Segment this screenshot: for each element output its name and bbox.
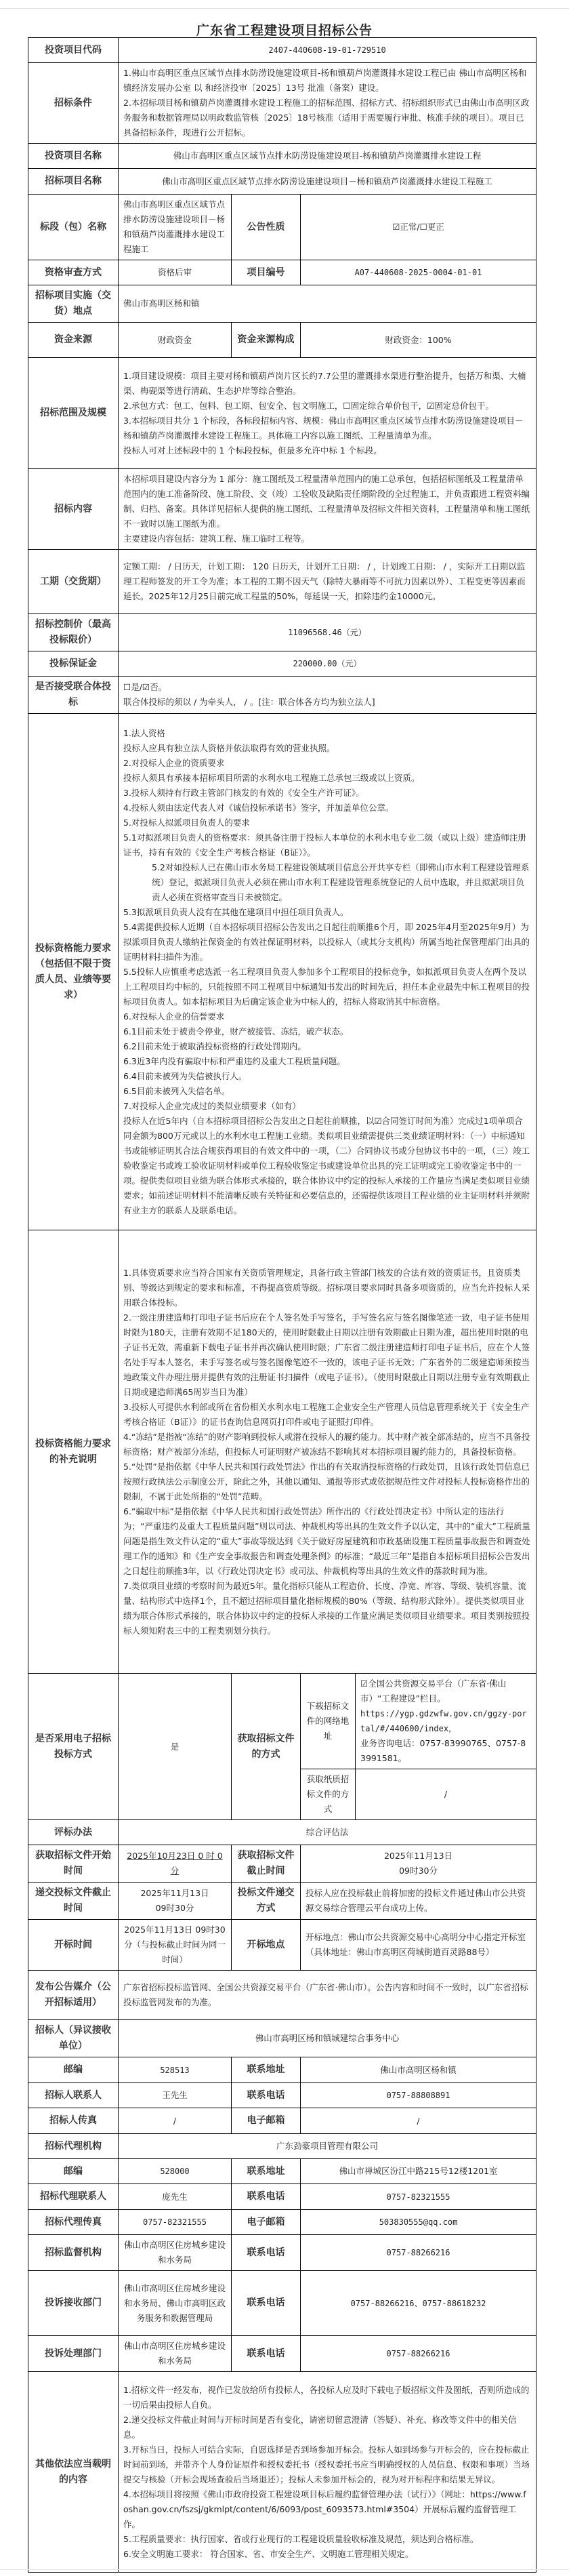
other-line: 4.本招标项目将按照《佛山市政府投资工程建设项目标后履约监督管理办法（试行）》（… xyxy=(123,2487,531,2532)
req-line: 5.5投标人应慎重考虑选派一名工程项目负责人参加多个工程项目的投标竞争，如拟派项… xyxy=(123,965,531,1009)
qualification-value: 资格后审 xyxy=(119,260,232,285)
label: 公告性质 xyxy=(232,195,301,260)
label: 工期（交货期） xyxy=(28,550,119,614)
page-title: 广东省工程建设项目招标公告 xyxy=(0,20,569,39)
req-line: 5.4需提供投标人近期（自本招标项目招标公告发出之日起往前顺推6个月，即 202… xyxy=(123,920,531,965)
label: 资金来源构成 xyxy=(232,323,301,358)
media-value: 广东省招标投标监管网、全国公共资源交易平台（广东省·佛山市）。公告内容和时间不一… xyxy=(119,1971,536,2020)
label: 联系地址 xyxy=(232,2159,301,2184)
invest-code-value: 2407-440608-19-01-729510 xyxy=(119,38,536,63)
req-line: 6.4目前未被列为失信被执行人。 xyxy=(123,1069,531,1084)
label: 招标项目名称 xyxy=(28,169,119,195)
complaint-receive-phone: 0757-88266216、0757-88618232 xyxy=(301,2271,536,2336)
label: 招标项目实施（交货）地点 xyxy=(28,285,119,323)
other-line: 6.安全文明施工要求： 符合国家、省、市安全生产、文明施工管理相关规定。 xyxy=(123,2547,531,2562)
label: 获取招标文件的方式 xyxy=(232,1674,301,1820)
req-line: 5.对投标人拟派项目负责人的要求 xyxy=(123,816,531,830)
agency-email: 503830555@qq.com xyxy=(301,2210,536,2235)
scope-line: 1.项目建设规模：项目主要对杨和镇葫芦岗片区长约7.7公里的灌溉排水渠进行整治提… xyxy=(123,369,531,399)
row-section: 标段（包）名称 佛山市高明区重点区域节点排水防涝设施建设项目－杨和镇葫芦岗灌溉排… xyxy=(28,195,536,260)
agency-contact-person: 庞先生 xyxy=(119,2184,232,2210)
complaint-receive-value: 佛山市高明区住房城乡建设和水务局、佛山市高明区政务服务和数据管理局 xyxy=(119,2271,232,2336)
content-value: 本招标项目建设内容分为 1 部分：施工图纸及工程量清单范围内的施工总承包，包括招… xyxy=(119,469,536,550)
supp-line: 1.具体资质要求应当符合国家有关资质管理规定，具备行政主管部门核发的合法有效的资… xyxy=(123,1266,531,1310)
label: 联系电话 xyxy=(232,2083,301,2108)
tenderer-address: 佛山市高明区杨和镇 xyxy=(301,2057,536,2083)
scope-line: 投标人可对上述标段中的 1 个标段投标，但最多允许中标 1 个标段。 xyxy=(123,443,531,458)
other-line: 3.开标当日，投标人可结合实际，自愿选择是否到场参加开标会。投标人如到场参与开标… xyxy=(123,2442,531,2487)
tenderer-fax-value: / xyxy=(119,2108,232,2134)
row-opening: 开标时间 2025年11月13日 09时30分（与投标截止时间为同一时间） 开标… xyxy=(28,1920,536,1971)
label: 投标保证金 xyxy=(28,651,119,677)
req-line: 2.对投标人企业的资质要求 xyxy=(123,756,531,771)
notice-nature-checkbox: ☑正常/☐更正 xyxy=(301,195,536,260)
row-agency-post: 邮编 528000 联系地址 佛山市禅城区汾江中路215号12楼1201室 xyxy=(28,2159,536,2184)
label: 电子邮箱 xyxy=(232,2108,301,2134)
retrieval-end-value: 2025年11月13日 09时30分 xyxy=(301,1845,536,1883)
label: 其他依法应当载明的内容 xyxy=(28,2372,119,2573)
project-code-value: A07-440608-2025-0004-01-01 xyxy=(301,260,536,285)
label: 投资项目代码 xyxy=(28,38,119,63)
conditions-value: 1.佛山市高明区重点区域节点排水防涝设施建设项目-杨和镇葫芦岗灌溉排水建设工程已… xyxy=(119,63,536,144)
label: 投资项目名称 xyxy=(28,144,119,169)
agency-address: 佛山市禅城区汾江中路215号12楼1201室 xyxy=(301,2159,536,2184)
tenderer-contact-person: 王先生 xyxy=(119,2083,232,2108)
scope-line: 3.本招标项目共分 1 个标段，各标段招标内容、规模：佛山市高明区重点区域节点排… xyxy=(123,414,531,443)
label: 邮编 xyxy=(28,2159,119,2184)
row-qualification: 资格审查方式 资格后审 项目编号 A07-440608-2025-0004-01… xyxy=(28,260,536,285)
req-line: 3.投标人须持有行政主管部门核发的有效的《安全生产许可证》。 xyxy=(123,786,531,801)
consortium-note: 联合体投标的须以 / 为牵头人， / 。[注：联合体各方均为独立法人] xyxy=(123,695,531,710)
label: 联系电话 xyxy=(232,2336,301,2372)
retrieval-start-value: 2025年10月23日 0 时 0 分 xyxy=(119,1845,232,1883)
condition-1: 1.佛山市高明区重点区域节点排水防涝设施建设项目-杨和镇葫芦岗灌溉排水建设工程已… xyxy=(123,66,531,96)
label: 是否采用电子招标投标方式 xyxy=(28,1674,119,1820)
label: 招标内容 xyxy=(28,469,119,550)
row-supervision: 招标监督机构 佛山市高明区住房城乡建设和水务局 联系电话 0757-882662… xyxy=(28,2235,536,2271)
row-location: 招标项目实施（交货）地点 佛山市高明区杨和镇 xyxy=(28,285,536,323)
row-scope: 招标范围及规模 1.项目建设规模：项目主要对杨和镇葫芦岗片区长约7.7公里的灌溉… xyxy=(28,358,536,469)
label: 招标代理联系人 xyxy=(28,2184,119,2210)
electronic-value: 是 xyxy=(119,1674,232,1820)
content-line: 本招标项目建设内容分为 1 部分：施工图纸及工程量清单范围内的施工总承包，包括招… xyxy=(123,472,531,531)
label: 招标代理机构 xyxy=(28,2134,119,2159)
top-divider xyxy=(0,8,569,9)
label: 联系电话 xyxy=(232,2235,301,2271)
row-requirements: 投标资格能力要求（包括但不限于资质人员、业绩等要求） 1.法人资格 投标人应具有… xyxy=(28,714,536,1230)
tenderer-value: 佛山市高明区杨和镇城建综合事务中心 xyxy=(119,2020,536,2057)
row-deposit: 投标保证金 220000.00（元） xyxy=(28,651,536,677)
label: 招标人联系人 xyxy=(28,2083,119,2108)
label: 标段（包）名称 xyxy=(28,195,119,260)
label: 电子邮箱 xyxy=(232,2210,301,2235)
label: 联系电话 xyxy=(232,2271,301,2336)
req-line: 5.1对拟派项目负责人的资格要求：须具备注册于投标人本单位的水利水电专业二级（或… xyxy=(123,830,531,860)
other-line: 2.递交投标文件截止时间与开标时间是否有变化，请密切留意澄清（答疑）、补充、修改… xyxy=(123,2413,531,2442)
other-line: 1.招标文件一经发布，视作已发放给所有投标人，各投标人应及时下载电子版招标文件及… xyxy=(123,2383,531,2413)
download-url-link[interactable]: https://ygp.gdzwfw.gov.cn/ggzy-portal/#/… xyxy=(360,1706,531,1736)
label: 获取招标文件开始时间 xyxy=(28,1845,119,1883)
submission-deadline-value: 2025年11月13日 09时30分 xyxy=(119,1883,232,1920)
deposit-value: 220000.00（元） xyxy=(119,651,536,677)
label: 招标监督机构 xyxy=(28,2235,119,2271)
supp-line: 6.“骗取中标”是指依据《中华人民共和国行政处罚法》所作出的《行政处罚决定书》中… xyxy=(123,1504,531,1579)
row-period: 工期（交货期） 定额工期： / 日历天，计划工期： 120 日历天，计划开工日期… xyxy=(28,550,536,614)
row-media: 发布公告媒介（公开招标适用） 广东省招标投标监管网、全国公共资源交易平台（广东省… xyxy=(28,1971,536,2020)
label: 评标办法 xyxy=(28,1820,119,1845)
row-tenderer-post: 邮编 528513 联系地址 佛山市高明区杨和镇 xyxy=(28,2057,536,2083)
row-funding: 资金来源 财政资金 资金来源构成 财政资金：100% xyxy=(28,323,536,358)
row-price: 招标控制价（最高投标限价） 11096568.46（元） xyxy=(28,614,536,651)
label: 获取招标文件截止时间 xyxy=(232,1845,301,1883)
row-invest-code: 投资项目代码 2407-440608-19-01-729510 xyxy=(28,38,536,63)
tender-notice-table: 投资项目代码 2407-440608-19-01-729510 招标条件 1.佛… xyxy=(28,37,536,2573)
label: 投诉接收部门 xyxy=(28,2271,119,2336)
req-line: 投标人应具有独立法人资格并依法取得有效的营业执照。 xyxy=(123,741,531,756)
tenderer-email: / xyxy=(301,2108,536,2134)
label: 邮编 xyxy=(28,2057,119,2083)
row-tenderer-contact: 招标人联系人 王先生 联系电话 0757-88808891 xyxy=(28,2083,536,2108)
supp-line: 3.投标人可提供水利部或所在省份相关水利水电工程施工企业安全生产管理人员信息管理… xyxy=(123,1400,531,1430)
bottom-divider xyxy=(0,2569,569,2570)
label: 投诉处理部门 xyxy=(28,2336,119,2372)
complaint-handle-value: 佛山市高明区住房城乡建设和水务局 xyxy=(119,2336,232,2372)
req-line: 6.1目前未处于被责令停业，财产被接管、冻结，破产状态。 xyxy=(123,1024,531,1039)
label: 发布公告媒介（公开招标适用） xyxy=(28,1971,119,2020)
label: 投标资格能力要求（包括但不限于资质人员、业绩等要求） xyxy=(28,714,119,1230)
label: 是否接受联合体投标 xyxy=(28,677,119,714)
supervision-value: 佛山市高明区住房城乡建设和水务局 xyxy=(119,2235,232,2271)
label: 递交投标文件截止时间 xyxy=(28,1883,119,1920)
tenderer-phone: 0757-88808891 xyxy=(301,2083,536,2108)
paper-method-value: / xyxy=(356,1769,536,1820)
condition-2: 2.本招标项目杨和镇葫芦岗灌溉排水建设工程施工的招标范围、招标方式、招标组织形式… xyxy=(123,96,531,140)
supp-line: 2.一级注册建造师打印电子证书后应在个人签名处手写签名，手写签名应与签名图像笔迹… xyxy=(123,1310,531,1400)
supplement-value: 1.具体资质要求应当符合国家有关资质管理规定，具备行政主管部门核发的合法有效的资… xyxy=(119,1230,536,1674)
label: 招标条件 xyxy=(28,63,119,144)
row-submission: 递交投标文件截止时间 2025年11月13日 09时30分 投标文件递交方式 投… xyxy=(28,1883,536,1920)
label: 招标人传真 xyxy=(28,2108,119,2134)
row-agency-contact: 招标代理联系人 庞先生 联系电话 0757-82321555 xyxy=(28,2184,536,2210)
submission-time: 09时30分 xyxy=(123,1901,226,1916)
row-tenderer: 招标人（异议接收单位） 佛山市高明区杨和镇城建综合事务中心 xyxy=(28,2020,536,2057)
label: 资格审查方式 xyxy=(28,260,119,285)
row-complaint-receive: 投诉接收部门 佛山市高明区住房城乡建设和水务局、佛山市高明区政务服务和数据管理局… xyxy=(28,2271,536,2336)
row-consortium: 是否接受联合体投标 ☐是/☑否。 联合体投标的须以 / 为牵头人， / 。[注：… xyxy=(28,677,536,714)
opening-time-value: 2025年11月13日 09时30分（与投标截止时间为同一时间） xyxy=(119,1920,232,1971)
retrieval-end-time: 09时30分 xyxy=(305,1864,531,1878)
other-line: 5.工程质量要求：执行国家、省或行业现行的工程建设质量验收标准及规范，须达到合格… xyxy=(123,2532,531,2547)
label: 获取纸质招标文件的方式 xyxy=(301,1769,356,1820)
scope-value: 1.项目建设规模：项目主要对杨和镇葫芦岗片区长约7.7公里的灌溉排水渠进行整治提… xyxy=(119,358,536,469)
req-line: 投标人须具有承接本招标项目所需的水利水电工程施工总承包三级或以上资质。 xyxy=(123,771,531,786)
agency-postcode: 528000 xyxy=(119,2159,232,2184)
scope-line: 2.承包方式：包工、包料、包工期、包安全、包文明施工，☐固定综合单价包干，☑固定… xyxy=(123,399,531,414)
label: 投标文件递交方式 xyxy=(232,1883,301,1920)
row-content: 招标内容 本招标项目建设内容分为 1 部分：施工图纸及工程量清单范围内的施工总承… xyxy=(28,469,536,550)
other-value: 1.招标文件一经发布，视作已发放给所有投标人，各投标人应及时下载电子版招标文件及… xyxy=(119,2372,536,2573)
label: 资金来源 xyxy=(28,323,119,358)
agency-fax-value: 0757-82321555 xyxy=(119,2210,232,2235)
req-line: 6.5目前未被列入失信名单。 xyxy=(123,1084,531,1099)
row-invest-name: 投资项目名称 佛山市高明区重点区域节点排水防涝设施建设项目-杨和镇葫芦岗灌溉排水… xyxy=(28,144,536,169)
req-line: 6.3近3年内没有骗取中标和严重违约及重大工程质量问题。 xyxy=(123,1054,531,1069)
row-retrieval: 获取招标文件开始时间 2025年10月23日 0 时 0 分 获取招标文件截止时… xyxy=(28,1845,536,1883)
consortium-value: ☐是/☑否。 联合体投标的须以 / 为牵头人， / 。[注：联合体各方均为独立法… xyxy=(119,677,536,714)
label: 投标资格能力要求的补充说明 xyxy=(28,1230,119,1674)
agency-value: 广东劲豪项目管理有限公司 xyxy=(119,2134,536,2159)
supp-line: 5.“处罚”是指依据《中华人民共和国行政处罚法》作出的有关取消投标资格的行政处罚… xyxy=(123,1460,531,1504)
req-line: 7.对投标人企业完成过的类似业绩要求（如有） xyxy=(123,1099,531,1114)
evaluation-value: 综合评估法 xyxy=(119,1820,536,1845)
req-line: 5.2对如投标人已在佛山市水务局工程建设领域项目信息公开共享专栏（即佛山市水利工… xyxy=(123,860,531,905)
req-line: 1.法人资格 xyxy=(123,726,531,741)
label: 招标范围及规模 xyxy=(28,358,119,469)
row-electronic-download: 是否采用电子招标投标方式 是 获取招标文件的方式 下载招标文件的网络地址 ☑全国… xyxy=(28,1674,536,1769)
tender-name-value: 佛山市高明区重点区域节点排水防涝设施建设项目－杨和镇葫芦岗灌溉排水建设工程施工 xyxy=(119,169,536,195)
location-value: 佛山市高明区杨和镇 xyxy=(119,285,536,323)
row-evaluation: 评标办法 综合评估法 xyxy=(28,1820,536,1845)
agency-phone: 0757-82321555 xyxy=(301,2184,536,2210)
row-agency: 招标代理机构 广东劲豪项目管理有限公司 xyxy=(28,2134,536,2159)
opening-place-value: 开标地点：佛山市公共资源交易中心高明分中心指定开标室（具体地址：佛山市高明区荷城… xyxy=(301,1920,536,1971)
download-address-value: ☑全国公共资源交易平台（广东省·佛山市）“工程建设”栏目。 https://yg… xyxy=(356,1674,536,1769)
content-line: 主要建设内容包括：建筑工程、施工临时工程等。 xyxy=(123,531,531,546)
period-value: 定额工期： / 日历天，计划工期： 120 日历天，计划开工日期： / ，计划竣… xyxy=(119,550,536,614)
row-tenderer-fax: 招标人传真 / 电子邮箱 / xyxy=(28,2108,536,2134)
supp-line: 4.“冻结”是指被“冻结”的财产影响到投标人或潜在投标人的履约能力。其中财产被全… xyxy=(123,1430,531,1460)
label: 开标地点 xyxy=(232,1920,301,1971)
label: 招标人（异议接收单位） xyxy=(28,2020,119,2057)
req-line: 5.3拟派项目负责人没有在其他在建项目中担任项目负责人。 xyxy=(123,905,531,920)
row-other: 其他依法应当载明的内容 1.招标文件一经发布，视作已发放给所有投标人，各投标人应… xyxy=(28,2372,536,2573)
complaint-handle-phone: 0757-88266216 xyxy=(301,2336,536,2372)
section-value: 佛山市高明区重点区域节点排水防涝设施建设项目－杨和镇葫芦岗灌溉排水建设工程施工 xyxy=(119,195,232,260)
req-line: 投标人在近5年内（自本招标项目招标公告发出之日起往前顺推，以☑合同签订时间为准）… xyxy=(123,1114,531,1218)
row-tender-name: 招标项目名称 佛山市高明区重点区域节点排水防涝设施建设项目－杨和镇葫芦岗灌溉排水… xyxy=(28,169,536,195)
retrieval-end-date: 2025年11月13日 xyxy=(305,1849,531,1864)
row-agency-fax: 招标代理传真 0757-82321555 电子邮箱 503830555@qq.c… xyxy=(28,2210,536,2235)
funding-structure-value: 财政资金：100% xyxy=(301,323,536,358)
requirements-value: 1.法人资格 投标人应具有独立法人资格并依法取得有效的营业执照。 2.对投标人企… xyxy=(119,714,536,1230)
download-platform-checkbox: ☑全国公共资源交易平台（广东省·佛山市）“工程建设”栏目。 xyxy=(360,1676,531,1706)
invest-name-value: 佛山市高明区重点区域节点排水防涝设施建设项目-杨和镇葫芦岗灌溉排水建设工程 xyxy=(119,144,536,169)
label: 项目编号 xyxy=(232,260,301,285)
funding-value: 财政资金 xyxy=(119,323,232,358)
label: 开标时间 xyxy=(28,1920,119,1971)
req-line: 4.投标人须由法定代表人对《诚信投标承诺书》签字，并加盖单位公章。 xyxy=(123,801,531,816)
label: 下载招标文件的网络地址 xyxy=(301,1674,356,1769)
label: 联系电话 xyxy=(232,2184,301,2210)
tenderer-postcode: 528513 xyxy=(119,2057,232,2083)
req-line: 6.2目前未处于被取消投标资格的行政处罚期内。 xyxy=(123,1039,531,1054)
submission-method-value: 投标人应在投标截止前将加密的投标文件通过佛山市公共资源交易综合管理云平台成功上传… xyxy=(301,1883,536,1920)
label: 招标代理传真 xyxy=(28,2210,119,2235)
label: 招标控制价（最高投标限价） xyxy=(28,614,119,651)
consortium-checkbox: ☐是/☑否。 xyxy=(123,680,531,695)
label: 联系地址 xyxy=(232,2057,301,2083)
row-supplement: 投标资格能力要求的补充说明 1.具体资质要求应当符合国家有关资质管理规定，具备行… xyxy=(28,1230,536,1674)
submission-date: 2025年11月13日 xyxy=(123,1886,226,1901)
control-price-value: 11096568.46（元） xyxy=(119,614,536,651)
supervision-phone: 0757-88266216 xyxy=(301,2235,536,2271)
consult-phone: 业务咨询电话：0757-83990765、0757-83991581。 xyxy=(360,1736,531,1766)
row-complaint-handle: 投诉处理部门 佛山市高明区住房城乡建设和水务局 联系电话 0757-882662… xyxy=(28,2336,536,2372)
req-line: 6.对投标人企业的信誉要求 xyxy=(123,1009,531,1024)
row-conditions: 招标条件 1.佛山市高明区重点区域节点排水防涝设施建设项目-杨和镇葫芦岗灌溉排水… xyxy=(28,63,536,144)
supp-line: 7.类似项目业绩的考察时间为最近5年。量化指标只能从工程造价、长度、净宽、库容、… xyxy=(123,1579,531,1638)
